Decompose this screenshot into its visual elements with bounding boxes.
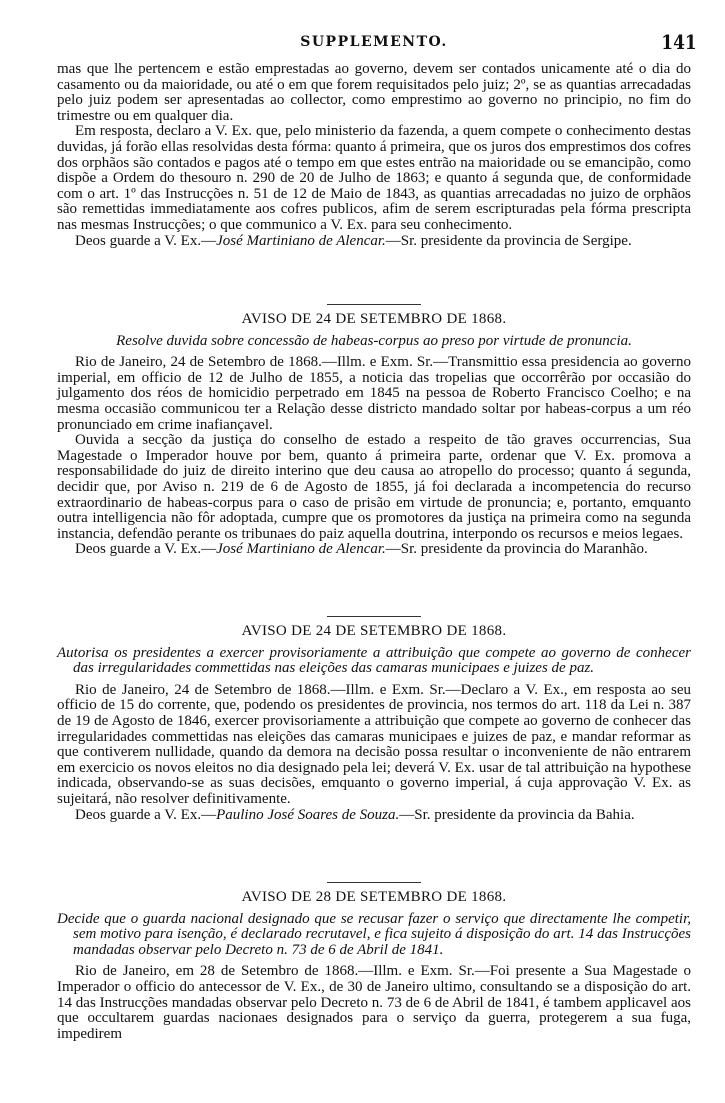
paragraph: mas que lhe pertencem e estão emprestada… — [57, 62, 691, 124]
aviso-section-2: AVISO DE 24 DE SETEMBRO DE 1868. Autoris… — [57, 616, 691, 823]
signatory: Paulino José Soares de Souza. — [216, 807, 399, 823]
aviso-heading: AVISO DE 24 DE SETEMBRO DE 1868. — [57, 312, 691, 328]
signatory: José Martiniano de Alencar. — [216, 541, 386, 557]
section-continuation: mas que lhe pertencem e estão emprestada… — [57, 62, 691, 249]
section-divider — [327, 304, 421, 305]
aviso-section-3: AVISO DE 28 DE SETEMBRO DE 1868. Decide … — [57, 882, 691, 1042]
closing: Deos guarde a V. Ex.—José Martiniano de … — [57, 542, 691, 558]
running-title: SUPPLEMENTO. — [57, 34, 691, 50]
paragraph: Rio de Janeiro, 24 de Setembro de 1868.—… — [57, 355, 691, 433]
signatory: José Martiniano de Alencar. — [216, 233, 386, 249]
aviso-section-1: AVISO DE 24 DE SETEMBRO DE 1868. Resolve… — [57, 304, 691, 558]
closing: Deos guarde a V. Ex.—José Martiniano de … — [57, 234, 691, 250]
aviso-heading: AVISO DE 24 DE SETEMBRO DE 1868. — [57, 624, 691, 640]
page-number: 141 — [662, 30, 697, 54]
paragraph: Rio de Janeiro, em 28 de Setembro de 186… — [57, 964, 691, 1042]
paragraph: Rio de Janeiro, 24 de Setembro de 1868.—… — [57, 683, 691, 808]
running-head: SUPPLEMENTO. 141 — [57, 34, 691, 56]
aviso-heading: AVISO DE 28 DE SETEMBRO DE 1868. — [57, 890, 691, 906]
section-divider — [327, 882, 421, 883]
aviso-summary: Decide que o guarda nacional designado q… — [57, 912, 691, 959]
aviso-summary: Resolve duvida sobre concessão de habeas… — [57, 334, 691, 350]
closing: Deos guarde a V. Ex.—Paulino José Soares… — [57, 808, 691, 824]
aviso-summary: Autorisa os presidentes a exercer provis… — [57, 646, 691, 677]
paragraph: Ouvida a secção da justiça do conselho d… — [57, 433, 691, 542]
paragraph: Em resposta, declaro a V. Ex. que, pelo … — [57, 124, 691, 233]
section-divider — [327, 616, 421, 617]
